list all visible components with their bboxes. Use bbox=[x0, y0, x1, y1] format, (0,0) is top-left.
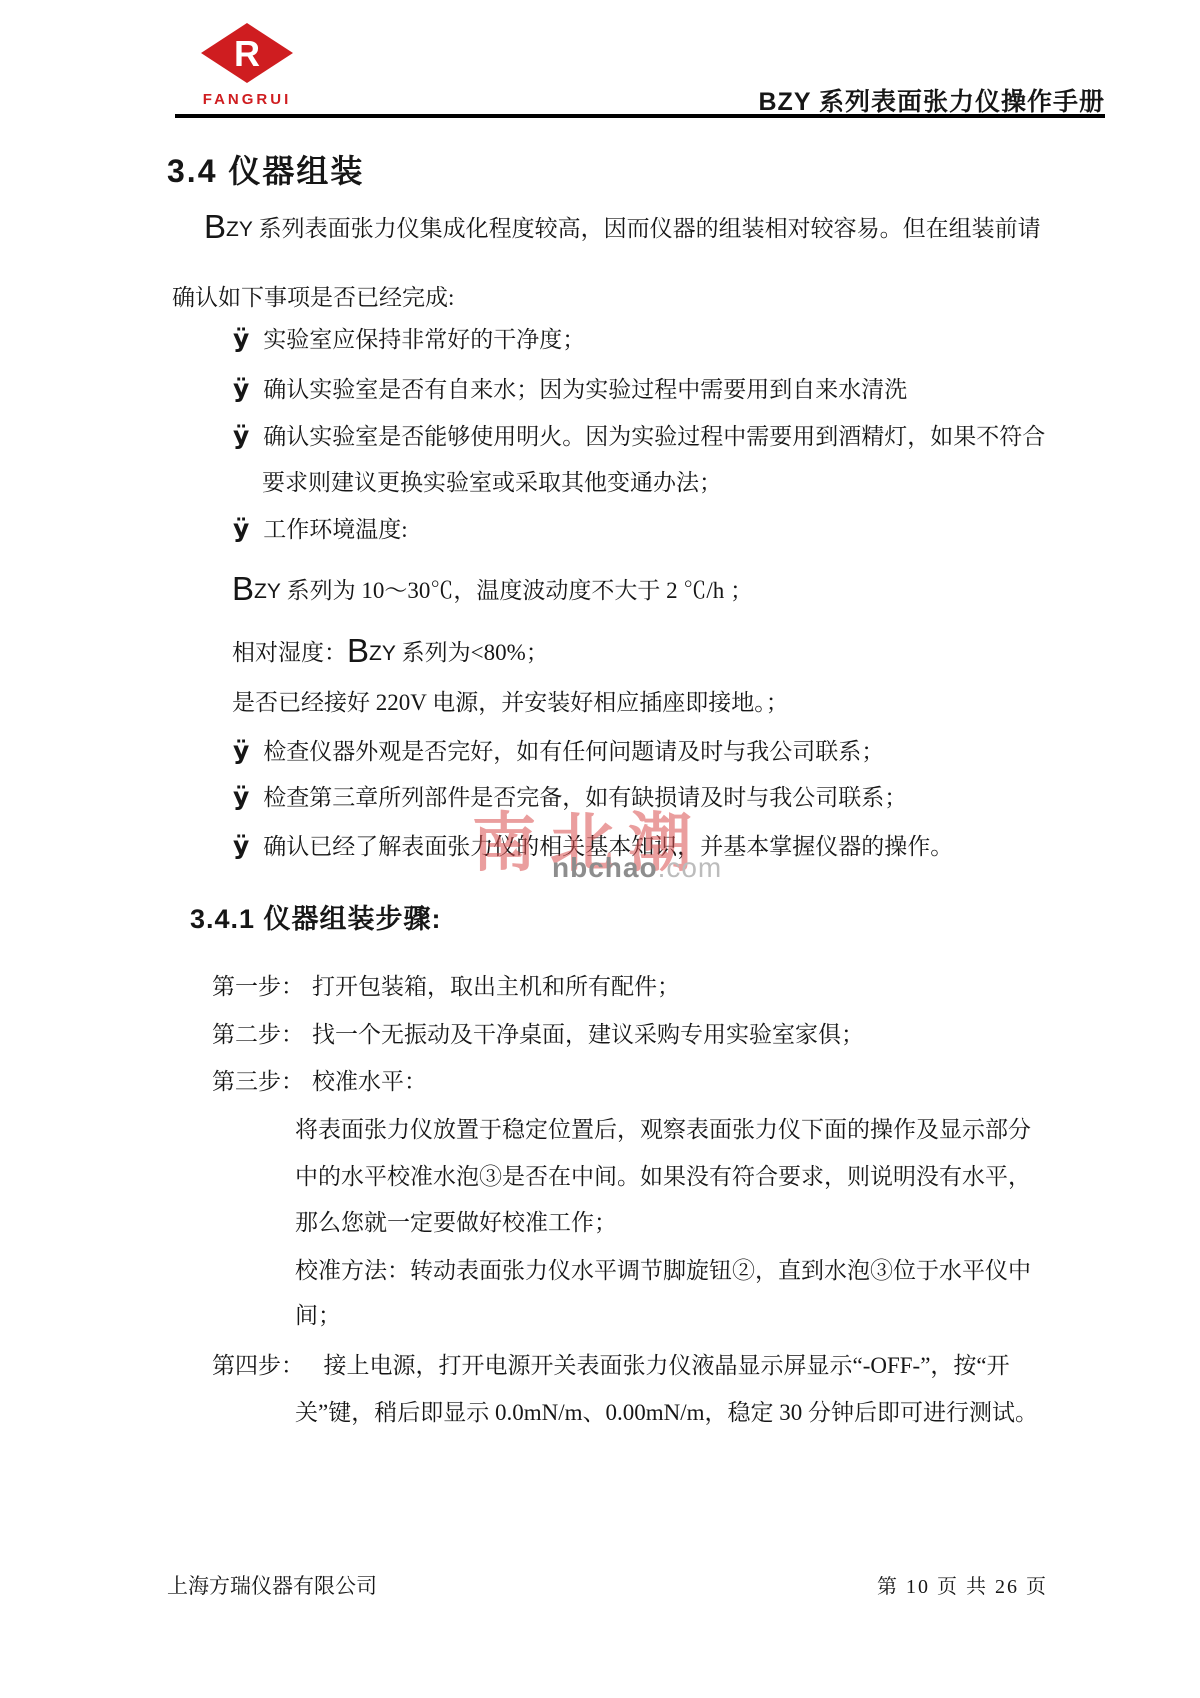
footer-company: 上海方瑞仪器有限公司 bbox=[167, 1570, 377, 1600]
step4-line-1: 接上电源，打开电源开关表面张力仪液晶显示屏显示“-OFF-”，按“开 bbox=[312, 1353, 1010, 1378]
bzy-suffix: ZY bbox=[369, 642, 396, 665]
condition-power: 是否已经接好 220V 电源，并安装好相应插座即接地。； bbox=[232, 687, 789, 719]
step-row: 第一步：打开包装箱，取出主机和所有配件； bbox=[212, 971, 680, 1003]
step-row: 第二步：找一个无振动及干净桌面，建议采购专用实验室家俱； bbox=[212, 1019, 864, 1051]
bullet-icon: ÿ bbox=[233, 782, 249, 811]
brand-name: FANGRUI bbox=[192, 91, 302, 108]
bullet-item: ÿ 检查仪器外观是否完好，如有任何问题请及时与我公司联系； bbox=[233, 736, 884, 768]
step3-detail-line: 那么您就一定要做好校准工作； bbox=[295, 1207, 617, 1239]
bzy-capital: B bbox=[232, 570, 254, 607]
bzy-suffix: ZY bbox=[226, 218, 253, 241]
footer-page-info: 第 10 页 共 26 页 bbox=[877, 1570, 1048, 1599]
step3-detail-line: 间； bbox=[295, 1300, 341, 1332]
header-rule bbox=[175, 114, 1105, 118]
bullet-text: 工作环境温度: bbox=[263, 517, 407, 542]
intro-line-2: 确认如下事项是否已经完成: bbox=[172, 282, 454, 314]
bullet-text: 实验室应保持非常好的干净度； bbox=[263, 327, 585, 352]
bullet-icon: ÿ bbox=[233, 324, 249, 353]
step-label: 第二步： bbox=[212, 1022, 304, 1047]
bzy-suffix: ZY bbox=[254, 580, 281, 603]
brand-logo: R FANGRUI bbox=[192, 22, 302, 108]
step3-detail-line: 将表面张力仪放置于稳定位置后，观察表面张力仪下面的操作及显示部分 bbox=[295, 1114, 1031, 1146]
intro-line-1: BZY 系列表面张力仪集成化程度较高，因而仪器的组装相对较容易。但在组装前请 bbox=[204, 210, 1041, 246]
step-text: 找一个无振动及干净桌面，建议采购专用实验室家俱； bbox=[312, 1022, 864, 1047]
condition-temp: BZY 系列为 10～30℃，温度波动度不大于 2 ℃/h ； bbox=[232, 572, 753, 608]
condition-humidity-prefix: 相对湿度： bbox=[232, 640, 347, 665]
logo-diamond: R bbox=[199, 22, 295, 84]
step4-line-2: 关”键，稍后即显示 0.0mN/m、0.00mN/m，稳定 30 分钟后即可进行… bbox=[295, 1397, 1038, 1429]
bullet-icon: ÿ bbox=[233, 831, 249, 860]
watermark-domain: nbchao.com bbox=[552, 852, 722, 884]
subsection-heading: 3.4.1 仪器组装步骤: bbox=[190, 897, 442, 936]
step-text: 校准水平： bbox=[312, 1069, 427, 1094]
doc-title: BZY 系列表面张力仪操作手册 bbox=[759, 82, 1106, 118]
intro-line-1-text: 系列表面张力仪集成化程度较高，因而仪器的组装相对较容易。但在组装前请 bbox=[253, 216, 1041, 241]
bullet-icon: ÿ bbox=[233, 421, 249, 450]
bullet-icon: ÿ bbox=[233, 374, 249, 403]
step-label: 第四步： bbox=[212, 1353, 304, 1378]
bullet-icon: ÿ bbox=[233, 514, 249, 543]
bullet-item: ÿ 确认实验室是否能够使用明火。因为实验过程中需要用到酒精灯，如果不符合 bbox=[233, 421, 1045, 453]
bzy-capital: B bbox=[204, 208, 226, 245]
section-heading: 3.4 仪器组装 bbox=[167, 146, 364, 192]
condition-temp-text: 系列为 10～30℃，温度波动度不大于 2 ℃/h ； bbox=[281, 578, 753, 603]
step-text: 打开包装箱，取出主机和所有配件； bbox=[312, 974, 680, 999]
bullet-icon: ÿ bbox=[233, 736, 249, 765]
condition-humidity: 相对湿度：BZY 系列为<80%； bbox=[232, 634, 549, 670]
bullet-text: 检查仪器外观是否完好，如有任何问题请及时与我公司联系； bbox=[263, 739, 884, 764]
step3-detail-line: 校准方法：转动表面张力仪水平调节脚旋钮②，直到水泡③位于水平仪中 bbox=[295, 1255, 1031, 1287]
bullet-item: ÿ 确认实验室是否有自来水；因为实验过程中需要用到自来水清洗 bbox=[233, 374, 907, 406]
watermark-domain-name: nbchao bbox=[552, 852, 658, 883]
watermark-domain-tld: .com bbox=[658, 852, 723, 883]
step3-detail-line: 中的水平校准水泡③是否在中间。如果没有符合要求，则说明没有水平， bbox=[295, 1161, 1031, 1193]
bullet-text: 确认实验室是否有自来水；因为实验过程中需要用到自来水清洗 bbox=[263, 377, 907, 402]
step-label: 第三步： bbox=[212, 1069, 304, 1094]
condition-humidity-text: 系列为<80%； bbox=[396, 640, 549, 665]
bzy-capital: B bbox=[347, 632, 369, 669]
logo-letter: R bbox=[234, 33, 260, 74]
manual-page: R FANGRUI BZY 系列表面张力仪操作手册 3.4 仪器组装 BZY 系… bbox=[0, 0, 1200, 1698]
bullet-text-continued: 要求则建议更换实验室或采取其他变通办法； bbox=[262, 467, 722, 499]
bullet-item: ÿ 实验室应保持非常好的干净度； bbox=[233, 324, 585, 356]
bullet-item: ÿ 工作环境温度: bbox=[233, 514, 408, 546]
bullet-text: 确认实验室是否能够使用明火。因为实验过程中需要用到酒精灯，如果不符合 bbox=[263, 424, 1045, 449]
step-row: 第三步：校准水平： bbox=[212, 1066, 427, 1098]
step-row: 第四步： 接上电源，打开电源开关表面张力仪液晶显示屏显示“-OFF-”，按“开 bbox=[212, 1350, 1010, 1382]
step-label: 第一步： bbox=[212, 974, 304, 999]
